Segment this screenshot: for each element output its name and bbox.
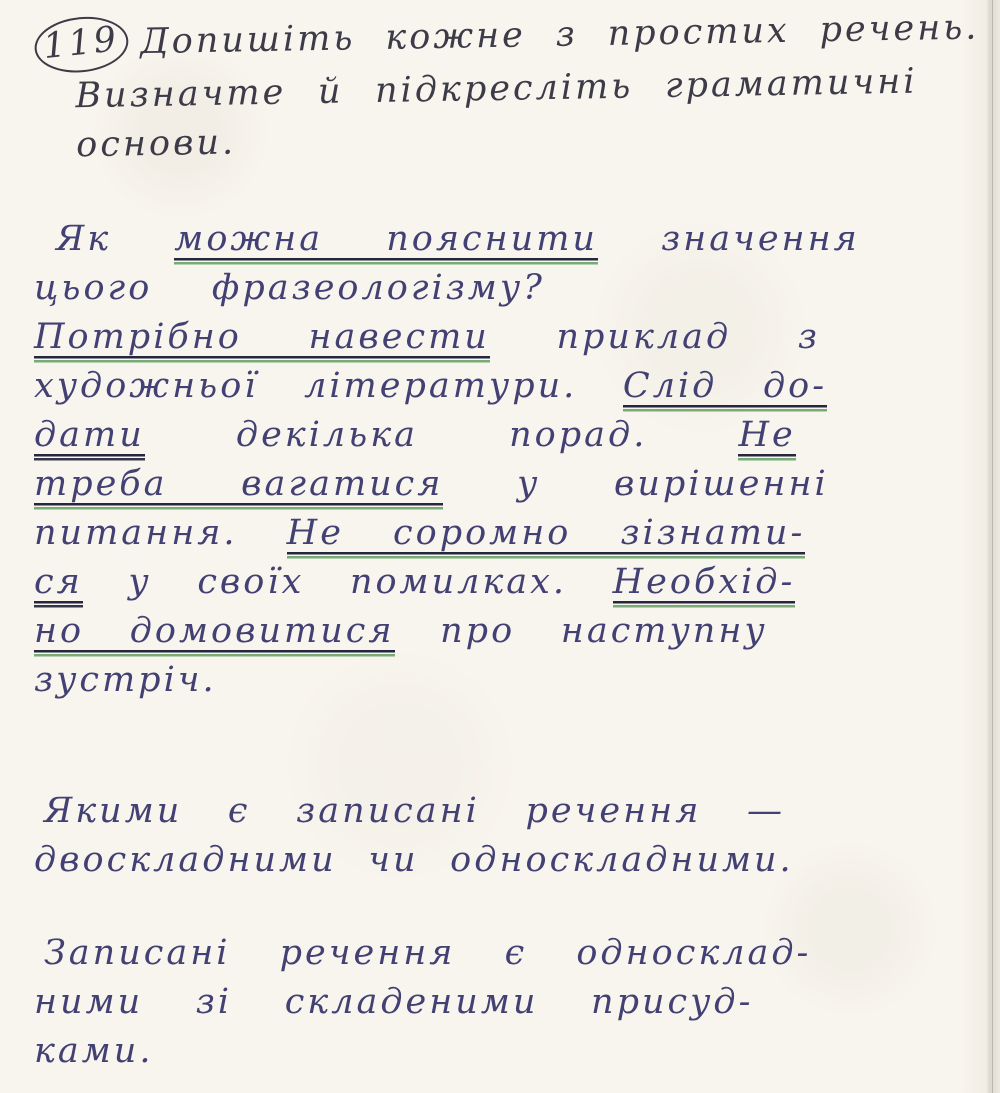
notebook-page: 119Допишіть кожне з простих речень.Визна…	[0, 0, 1000, 1093]
underlined-predicate: Необхід-	[613, 562, 796, 608]
text-segment: художньої літератури.	[34, 366, 623, 406]
text-segment: декілька порад.	[145, 415, 739, 455]
text-segment: основи.	[76, 122, 237, 165]
rewritten-sentences: Як можна пояснити значенняцього фразеоло…	[34, 215, 964, 705]
text-segment: двоскладними чи односкладними.	[34, 840, 794, 880]
underlined-predicate: Не соромно зізнати-	[287, 513, 806, 559]
text-segment: Визначте й підкресліть граматичні	[75, 62, 918, 117]
text-segment: ками.	[34, 1031, 153, 1071]
underlined-predicate: Слід до-	[623, 366, 827, 412]
text-segment: приклад з	[490, 317, 820, 357]
underlined-predicate: Не	[738, 415, 795, 461]
text-segment: у вирішенні	[443, 464, 828, 504]
text-segment: Записані речення є односклад-	[44, 933, 811, 973]
handwriting-line: треба вагатися у вирішенні	[34, 460, 964, 509]
handwriting-line: ками.	[34, 1027, 964, 1076]
text-segment: Якими є записані речення —	[44, 791, 785, 831]
text-segment: про наступну	[395, 611, 768, 651]
question: Якими є записані речення —двоскладними ч…	[34, 787, 964, 885]
handwriting-line: цього фразеологізму?	[34, 264, 964, 313]
handwriting-line: Як можна пояснити значення	[34, 215, 964, 264]
handwriting-line: художньої літератури. Слід до-	[34, 362, 964, 411]
underlined-predicate: Потрібно навести	[34, 317, 490, 363]
handwriting-line: но домовитися про наступну	[34, 607, 964, 656]
handwriting-content: 119Допишіть кожне з простих речень.Визна…	[34, 18, 964, 1076]
paper-edge-line	[992, 0, 993, 1093]
handwriting-line: двоскладними чи односкладними.	[34, 836, 964, 885]
text-segment: цього фразеологізму?	[34, 268, 545, 308]
underlined-predicate: но домовитися	[34, 611, 395, 657]
handwriting-line: дати декілька порад. Не	[34, 411, 964, 460]
text-segment: Допишіть кожне з простих речень.	[140, 8, 980, 63]
underlined-predicate: дати	[34, 415, 145, 461]
handwriting-line: Якими є записані речення —	[34, 787, 964, 836]
task-number-circled: 119	[32, 12, 131, 77]
text-segment: ними зі складеними присуд-	[34, 982, 753, 1022]
text-segment: питання.	[34, 513, 287, 553]
text-segment: значення	[598, 219, 860, 259]
text-segment: у своїх помилках.	[83, 562, 613, 602]
text-segment: зустріч.	[34, 660, 217, 700]
underlined-predicate: ся	[34, 562, 83, 608]
answer: Записані речення є односклад-ними зі скл…	[34, 929, 964, 1076]
task-header: 119Допишіть кожне з простих речень.Визна…	[34, 2, 967, 171]
handwriting-line: питання. Не соромно зізнати-	[34, 509, 964, 558]
underlined-predicate: можна пояснити	[174, 219, 598, 265]
handwriting-line: Потрібно навести приклад з	[34, 313, 964, 362]
handwriting-line: Записані речення є односклад-	[34, 929, 964, 978]
text-segment: Як	[56, 219, 174, 259]
handwriting-line: ся у своїх помилках. Необхід-	[34, 558, 964, 607]
handwriting-line: зустріч.	[34, 656, 964, 705]
handwriting-line: ними зі складеними присуд-	[34, 978, 964, 1027]
underlined-predicate: треба вагатися	[34, 464, 443, 510]
